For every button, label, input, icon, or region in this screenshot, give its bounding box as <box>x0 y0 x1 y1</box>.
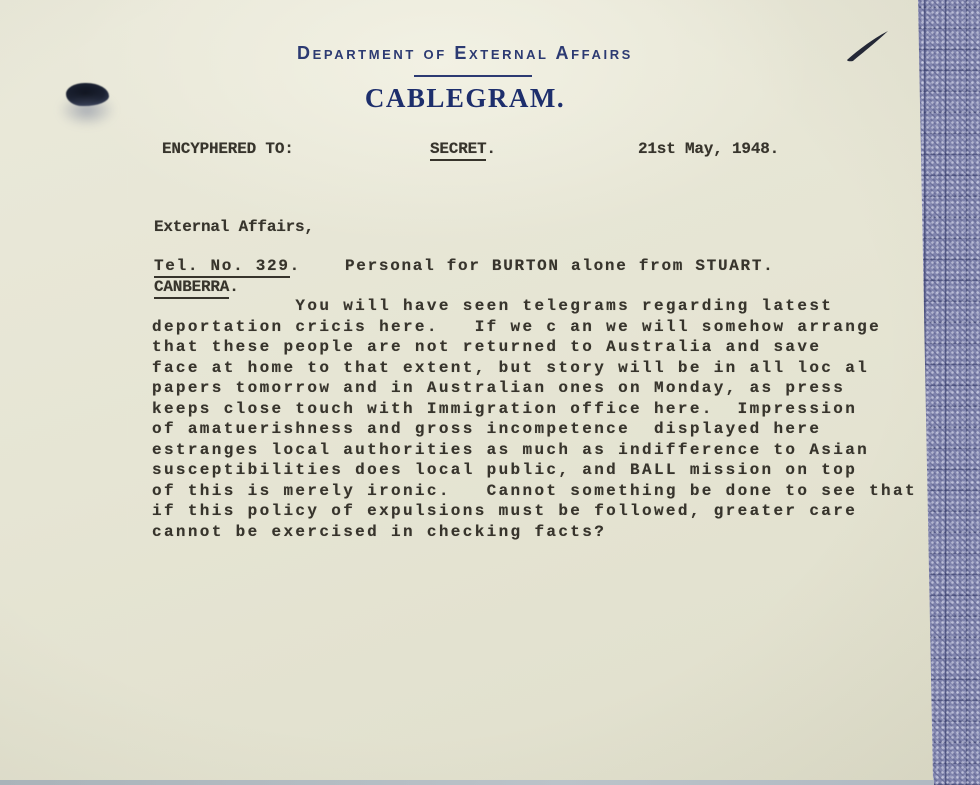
doc-title: CABLEGRAM. <box>0 83 930 114</box>
message-body: You will have seen telegrams regarding l… <box>152 296 917 542</box>
subject-line: Personal for BURTON alone from STUART. <box>345 257 774 275</box>
scan-background: Department of External Affairs CABLEGRAM… <box>0 0 980 785</box>
recipient-city-period: . <box>229 278 238 296</box>
classification-stamp: SECRET. <box>430 140 496 158</box>
department-letterhead: Department of External Affairs <box>0 43 930 64</box>
tel-number-period: . <box>290 257 301 275</box>
recipient-line1: External Affairs, <box>154 217 314 237</box>
encyphered-label: ENCYPHERED TO: <box>162 140 294 158</box>
tel-number: Tel. No. 329. <box>154 257 301 275</box>
classification-period: . <box>486 140 495 158</box>
cablegram-page: Department of External Affairs CABLEGRAM… <box>0 0 980 785</box>
recipient-city-line: CANBERRA. <box>154 277 314 297</box>
tel-number-text: Tel. No. 329 <box>154 257 290 278</box>
classification-text: SECRET <box>430 140 486 161</box>
date-line: 21st May, 1948. <box>638 140 779 158</box>
letterhead-rule <box>414 75 532 77</box>
